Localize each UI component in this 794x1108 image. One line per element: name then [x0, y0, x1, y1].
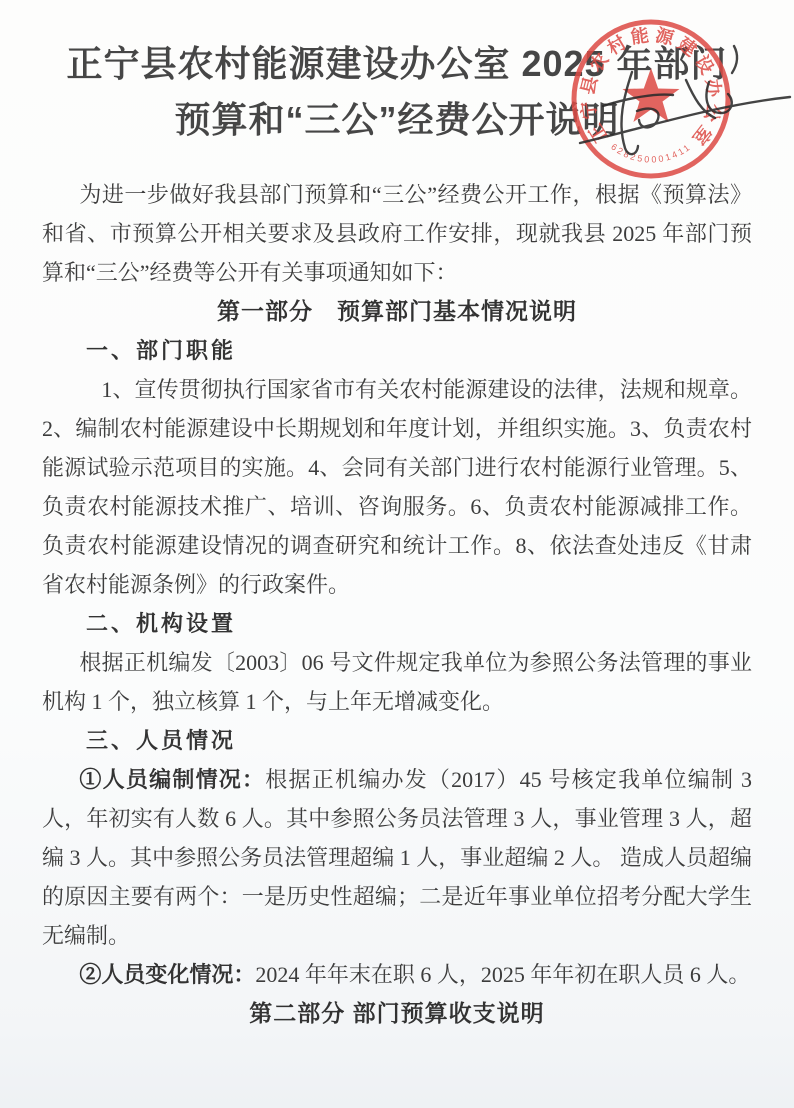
- document-body: 为进一步做好我县部门预算和“三公”经费公开工作，根据《预算法》和省、市预算公开相…: [42, 175, 752, 1033]
- staffing-paragraph: ①人员编制情况：根据正机编办发（2017）45 号核定我单位编制 3 人，年初实…: [42, 760, 752, 955]
- section1-paragraph: 1、宣传贯彻执行国家省市有关农村能源建设的法律，法规和规章。2、编制农村能源建设…: [42, 370, 752, 604]
- section2-paragraph: 根据正机编发〔2003〕06 号文件规定我单位为参照公务法管理的事业机构 1 个…: [42, 643, 752, 721]
- title-line-2: 预算和“三公”经费公开说明: [0, 92, 794, 148]
- intro-paragraph: 为进一步做好我县部门预算和“三公”经费公开工作，根据《预算法》和省、市预算公开相…: [42, 175, 752, 292]
- staffing-item-label: ①人员编制情况：: [79, 767, 265, 792]
- section2-heading: 二、机构设置: [42, 604, 752, 643]
- part2-heading: 第二部分 部门预算收支说明: [42, 994, 752, 1033]
- section3-heading: 三、人员情况: [42, 721, 752, 760]
- part1-heading: 第一部分 预算部门基本情况说明: [42, 292, 752, 331]
- staff-change-label: ②人员变化情况：: [79, 962, 255, 987]
- staffing-item-text: 根据正机编办发（2017）45 号核定我单位编制 3 人，年初实有人数 6 人。…: [42, 767, 752, 948]
- section1-heading: 一、部门职能: [42, 331, 752, 370]
- staff-change-text: 2024 年年末在职 6 人，2025 年年初在职人员 6 人。: [255, 962, 750, 987]
- document-page: 正宁县农村能源建设办公室 2025 年部门 预算和“三公”经费公开说明 为进一步…: [0, 0, 794, 1108]
- document-title: 正宁县农村能源建设办公室 2025 年部门 预算和“三公”经费公开说明: [0, 0, 794, 148]
- staff-change-paragraph: ②人员变化情况：2024 年年末在职 6 人，2025 年年初在职人员 6 人。: [42, 955, 752, 994]
- title-line-1: 正宁县农村能源建设办公室 2025 年部门: [0, 36, 794, 92]
